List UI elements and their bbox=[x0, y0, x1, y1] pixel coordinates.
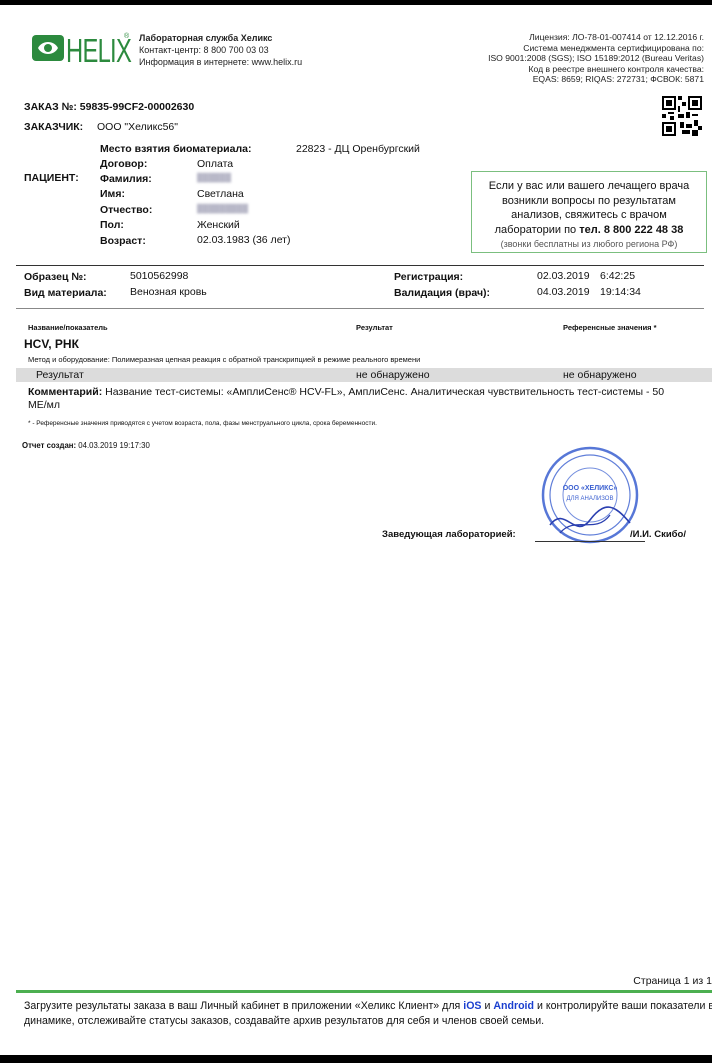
result-row-reference: не обнаружено bbox=[563, 369, 637, 381]
head-of-laboratory-label: Заведующая лабораторией: bbox=[382, 529, 516, 540]
page-number: Страница 1 из 1 bbox=[633, 975, 712, 987]
website: Информация в интернете: www.helix.ru bbox=[139, 56, 302, 68]
sampling-place-value: 22823 - ДЦ Оренбургский bbox=[296, 143, 420, 155]
license-line: Код в реестре внешнего контроля качества… bbox=[488, 64, 704, 75]
notice-prefix: лаборатории по bbox=[495, 224, 580, 236]
ios-app-link[interactable]: iOS bbox=[463, 1000, 481, 1012]
method-value: Полимеразная цепная реакция с обратной т… bbox=[112, 355, 420, 364]
comment-value: Название тест-системы: «АмплиСенс® HCV-F… bbox=[28, 386, 664, 411]
doctor-contact-notice: Если у вас или вашего лечащего врача воз… bbox=[471, 171, 707, 253]
svg-text:ДЛЯ АНАЛИЗОВ: ДЛЯ АНАЛИЗОВ bbox=[567, 496, 614, 502]
company-name: Лабораторная служба Хеликс bbox=[139, 32, 302, 44]
registered-mark: ® bbox=[124, 33, 129, 40]
registration-date: 02.03.2019 bbox=[537, 270, 590, 282]
age-value: 02.03.1983 (36 лет) bbox=[197, 234, 291, 246]
license-line: ISO 9001:2008 (SGS); ISO 15189:2012 (Bur… bbox=[488, 53, 704, 64]
app-promo-text: Загрузите результаты заказа в ваш Личный… bbox=[24, 999, 712, 1029]
method-label: Метод и оборудование: bbox=[28, 355, 110, 364]
report-created-label: Отчет создан: bbox=[22, 441, 76, 450]
notice-line: возникли вопросы по результатам bbox=[472, 194, 706, 209]
license-line: Система менеджмента сертифицирована по: bbox=[488, 43, 704, 54]
report-created: Отчет создан: 04.03.2019 19:17:30 bbox=[22, 441, 150, 450]
column-header-result: Результат bbox=[356, 323, 393, 332]
material-label: Вид материала: bbox=[24, 287, 107, 299]
signature-line bbox=[535, 541, 645, 542]
column-header-reference: Референсные значения * bbox=[563, 323, 657, 332]
footer-divider bbox=[16, 990, 712, 993]
stamp-text: ООО «ХЕЛИКС» bbox=[563, 485, 618, 492]
sample-number-label: Образец №: bbox=[24, 271, 87, 283]
laboratory-stamp-icon: ООО «ХЕЛИКС» ДЛЯ АНАЛИЗОВ bbox=[540, 445, 640, 545]
helix-logo: HELIX ® bbox=[32, 31, 132, 71]
sex-value: Женский bbox=[197, 219, 240, 231]
qr-code-icon bbox=[662, 96, 702, 136]
patronymic-label: Отчество: bbox=[100, 204, 152, 216]
notice-footnote: (звонки бесплатны из любого региона РФ) bbox=[472, 237, 706, 252]
section-divider bbox=[16, 265, 704, 266]
first-name-label: Имя: bbox=[100, 188, 125, 200]
column-header-name: Название/показатель bbox=[28, 323, 108, 332]
registration-time: 6:42:25 bbox=[600, 270, 635, 282]
comment: Комментарий: Название тест-системы: «Амп… bbox=[28, 386, 668, 412]
comment-label: Комментарий: bbox=[28, 386, 102, 398]
report-created-value: 04.03.2019 19:17:30 bbox=[78, 441, 150, 450]
age-label: Возраст: bbox=[100, 235, 146, 247]
lab-report-page: HELIX ® Лабораторная служба Хеликс Конта… bbox=[0, 5, 712, 1055]
promo-text-and: и bbox=[482, 1000, 494, 1012]
validation-date: 04.03.2019 bbox=[537, 286, 590, 298]
license-info: Лицензия: ЛО-78-01-007414 от 12.12.2016 … bbox=[488, 32, 704, 85]
promo-text-start: Загрузите результаты заказа в ваш Личный… bbox=[24, 1000, 463, 1012]
contact-center: Контакт-центр: 8 800 700 03 03 bbox=[139, 44, 302, 56]
validation-label: Валидация (врач): bbox=[394, 287, 490, 299]
method-info: Метод и оборудование: Полимеразная цепна… bbox=[28, 355, 420, 364]
surname-value-redacted: ██████ bbox=[197, 173, 231, 182]
license-line: Лицензия: ЛО-78-01-007414 от 12.12.2016 … bbox=[488, 32, 704, 43]
result-row-name: Результат bbox=[36, 369, 84, 381]
doctor-phone-link[interactable]: тел. 8 800 222 48 38 bbox=[579, 224, 683, 236]
test-name: HCV, РНК bbox=[24, 337, 79, 351]
android-app-link[interactable]: Android bbox=[493, 1000, 534, 1012]
order-label: ЗАКАЗ №: bbox=[24, 101, 77, 113]
result-row-value: не обнаружено bbox=[356, 369, 430, 381]
sampling-place-label: Место взятия биоматериала: bbox=[100, 143, 251, 155]
customer-label: ЗАКАЗЧИК: bbox=[24, 121, 83, 133]
contract-label: Договор: bbox=[100, 158, 147, 170]
surname-label: Фамилия: bbox=[100, 173, 152, 185]
material-value: Венозная кровь bbox=[130, 286, 207, 298]
section-divider bbox=[16, 308, 704, 309]
notice-line: анализов, свяжитесь с врачом bbox=[472, 208, 706, 223]
validation-time: 19:14:34 bbox=[600, 286, 641, 298]
order-number-value: 59835-99CF2-00002630 bbox=[80, 101, 194, 113]
helix-logo-icon bbox=[32, 35, 64, 61]
license-line: EQAS: 8659; RIQAS: 272731; ФСВОК: 5871 bbox=[488, 74, 704, 85]
sample-number-value: 5010562998 bbox=[130, 270, 188, 282]
notice-line: лаборатории по тел. 8 800 222 48 38 bbox=[472, 223, 706, 238]
patronymic-value-redacted: █████████ bbox=[197, 204, 248, 213]
registration-label: Регистрация: bbox=[394, 271, 463, 283]
notice-line: Если у вас или вашего лечащего врача bbox=[472, 179, 706, 194]
company-info: Лабораторная служба Хеликс Контакт-центр… bbox=[139, 32, 302, 68]
head-of-laboratory-name: /И.И. Скибо/ bbox=[630, 529, 686, 540]
patient-label: ПАЦИЕНТ: bbox=[24, 172, 79, 184]
reference-footnote: * - Референсные значения приводятся с уч… bbox=[28, 420, 377, 427]
customer-value: ООО "Хеликс56" bbox=[97, 121, 178, 133]
order-number: ЗАКАЗ №: 59835-99CF2-00002630 bbox=[24, 101, 194, 113]
sex-label: Пол: bbox=[100, 219, 124, 231]
brand-name: HELIX bbox=[66, 32, 131, 70]
contract-value: Оплата bbox=[197, 158, 233, 170]
first-name-value: Светлана bbox=[197, 188, 244, 200]
